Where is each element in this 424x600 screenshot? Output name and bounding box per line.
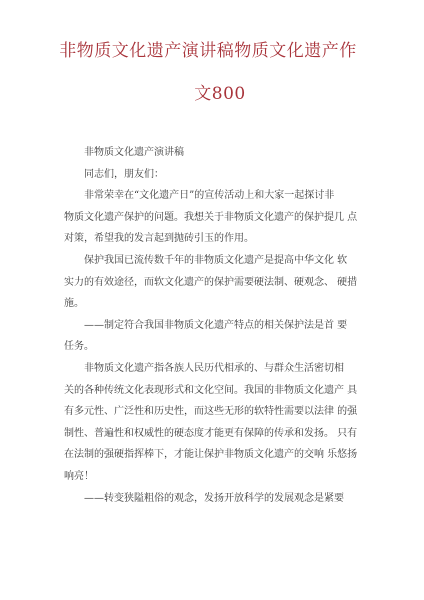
body-text-line: 制性、普遍性和权威性的硬态度才能更有保障的传承和发扬。 只有 xyxy=(64,423,322,445)
body-text-line: 在法制的强硬指挥棒下，才能让保护非物质文化遗产的交响 乐悠扬 xyxy=(64,444,322,466)
body-text-line: 响亮！ xyxy=(64,466,322,488)
body-paragraphs: 非常荣幸在“文化遗产日”的宣传活动上和大家一起探讨非物质文化遗产保护的问题。我想… xyxy=(64,185,322,509)
speech-subtitle: 非物质文化遗产演讲稿 xyxy=(64,142,322,164)
salutation: 同志们，朋友们： xyxy=(64,164,322,186)
body-text-line: 非物质文化遗产指各族人民历代相承的、与群众生活密切相 xyxy=(64,358,322,380)
body-text-line: ——制定符合我国非物质文化遗产特点的相关保护法是首 要 xyxy=(64,315,322,337)
body-text-line: 有多元性、广泛性和历史性，而这些无形的软特性需要以法律 的强 xyxy=(64,401,322,423)
body-text-line: ——转变狭隘粗俗的观念，发扬开放科学的发展观念是紧要 xyxy=(64,488,322,510)
body-text-line: 保护我国已流传数千年的非物质文化遗产是提高中华文化 软 xyxy=(64,250,322,272)
body-text-line: 施。 xyxy=(64,293,322,315)
body-text-line: 关的各种传统文化表现形式和文化空间。我国的非物质文化遗产 具 xyxy=(64,380,322,402)
body-text-line: 非常荣幸在“文化遗产日”的宣传活动上和大家一起探讨非 xyxy=(64,185,322,207)
body-text-line: 任务。 xyxy=(64,336,322,358)
document-body: 非物质文化遗产演讲稿 同志们，朋友们： 非常荣幸在“文化遗产日”的宣传活动上和大… xyxy=(64,142,322,509)
document-title-line-2: 文800 xyxy=(8,79,424,104)
document-page: 非物质文化遗产演讲稿物质文化遗产作 文800 非物质文化遗产演讲稿 同志们，朋友… xyxy=(0,0,424,600)
document-title-line-1: 非物质文化遗产演讲稿物质文化遗产作 xyxy=(0,36,420,61)
body-text-line: 实力的有效途径，而软文化遗产的保护需要硬法制、硬观念、 硬措 xyxy=(64,272,322,294)
body-text-line: 物质文化遗产保护的问题。我想关于非物质文化遗产的保护提几 点 xyxy=(64,207,322,229)
body-text-line: 对策，希望我的发言起到抛砖引玉的作用。 xyxy=(64,228,322,250)
